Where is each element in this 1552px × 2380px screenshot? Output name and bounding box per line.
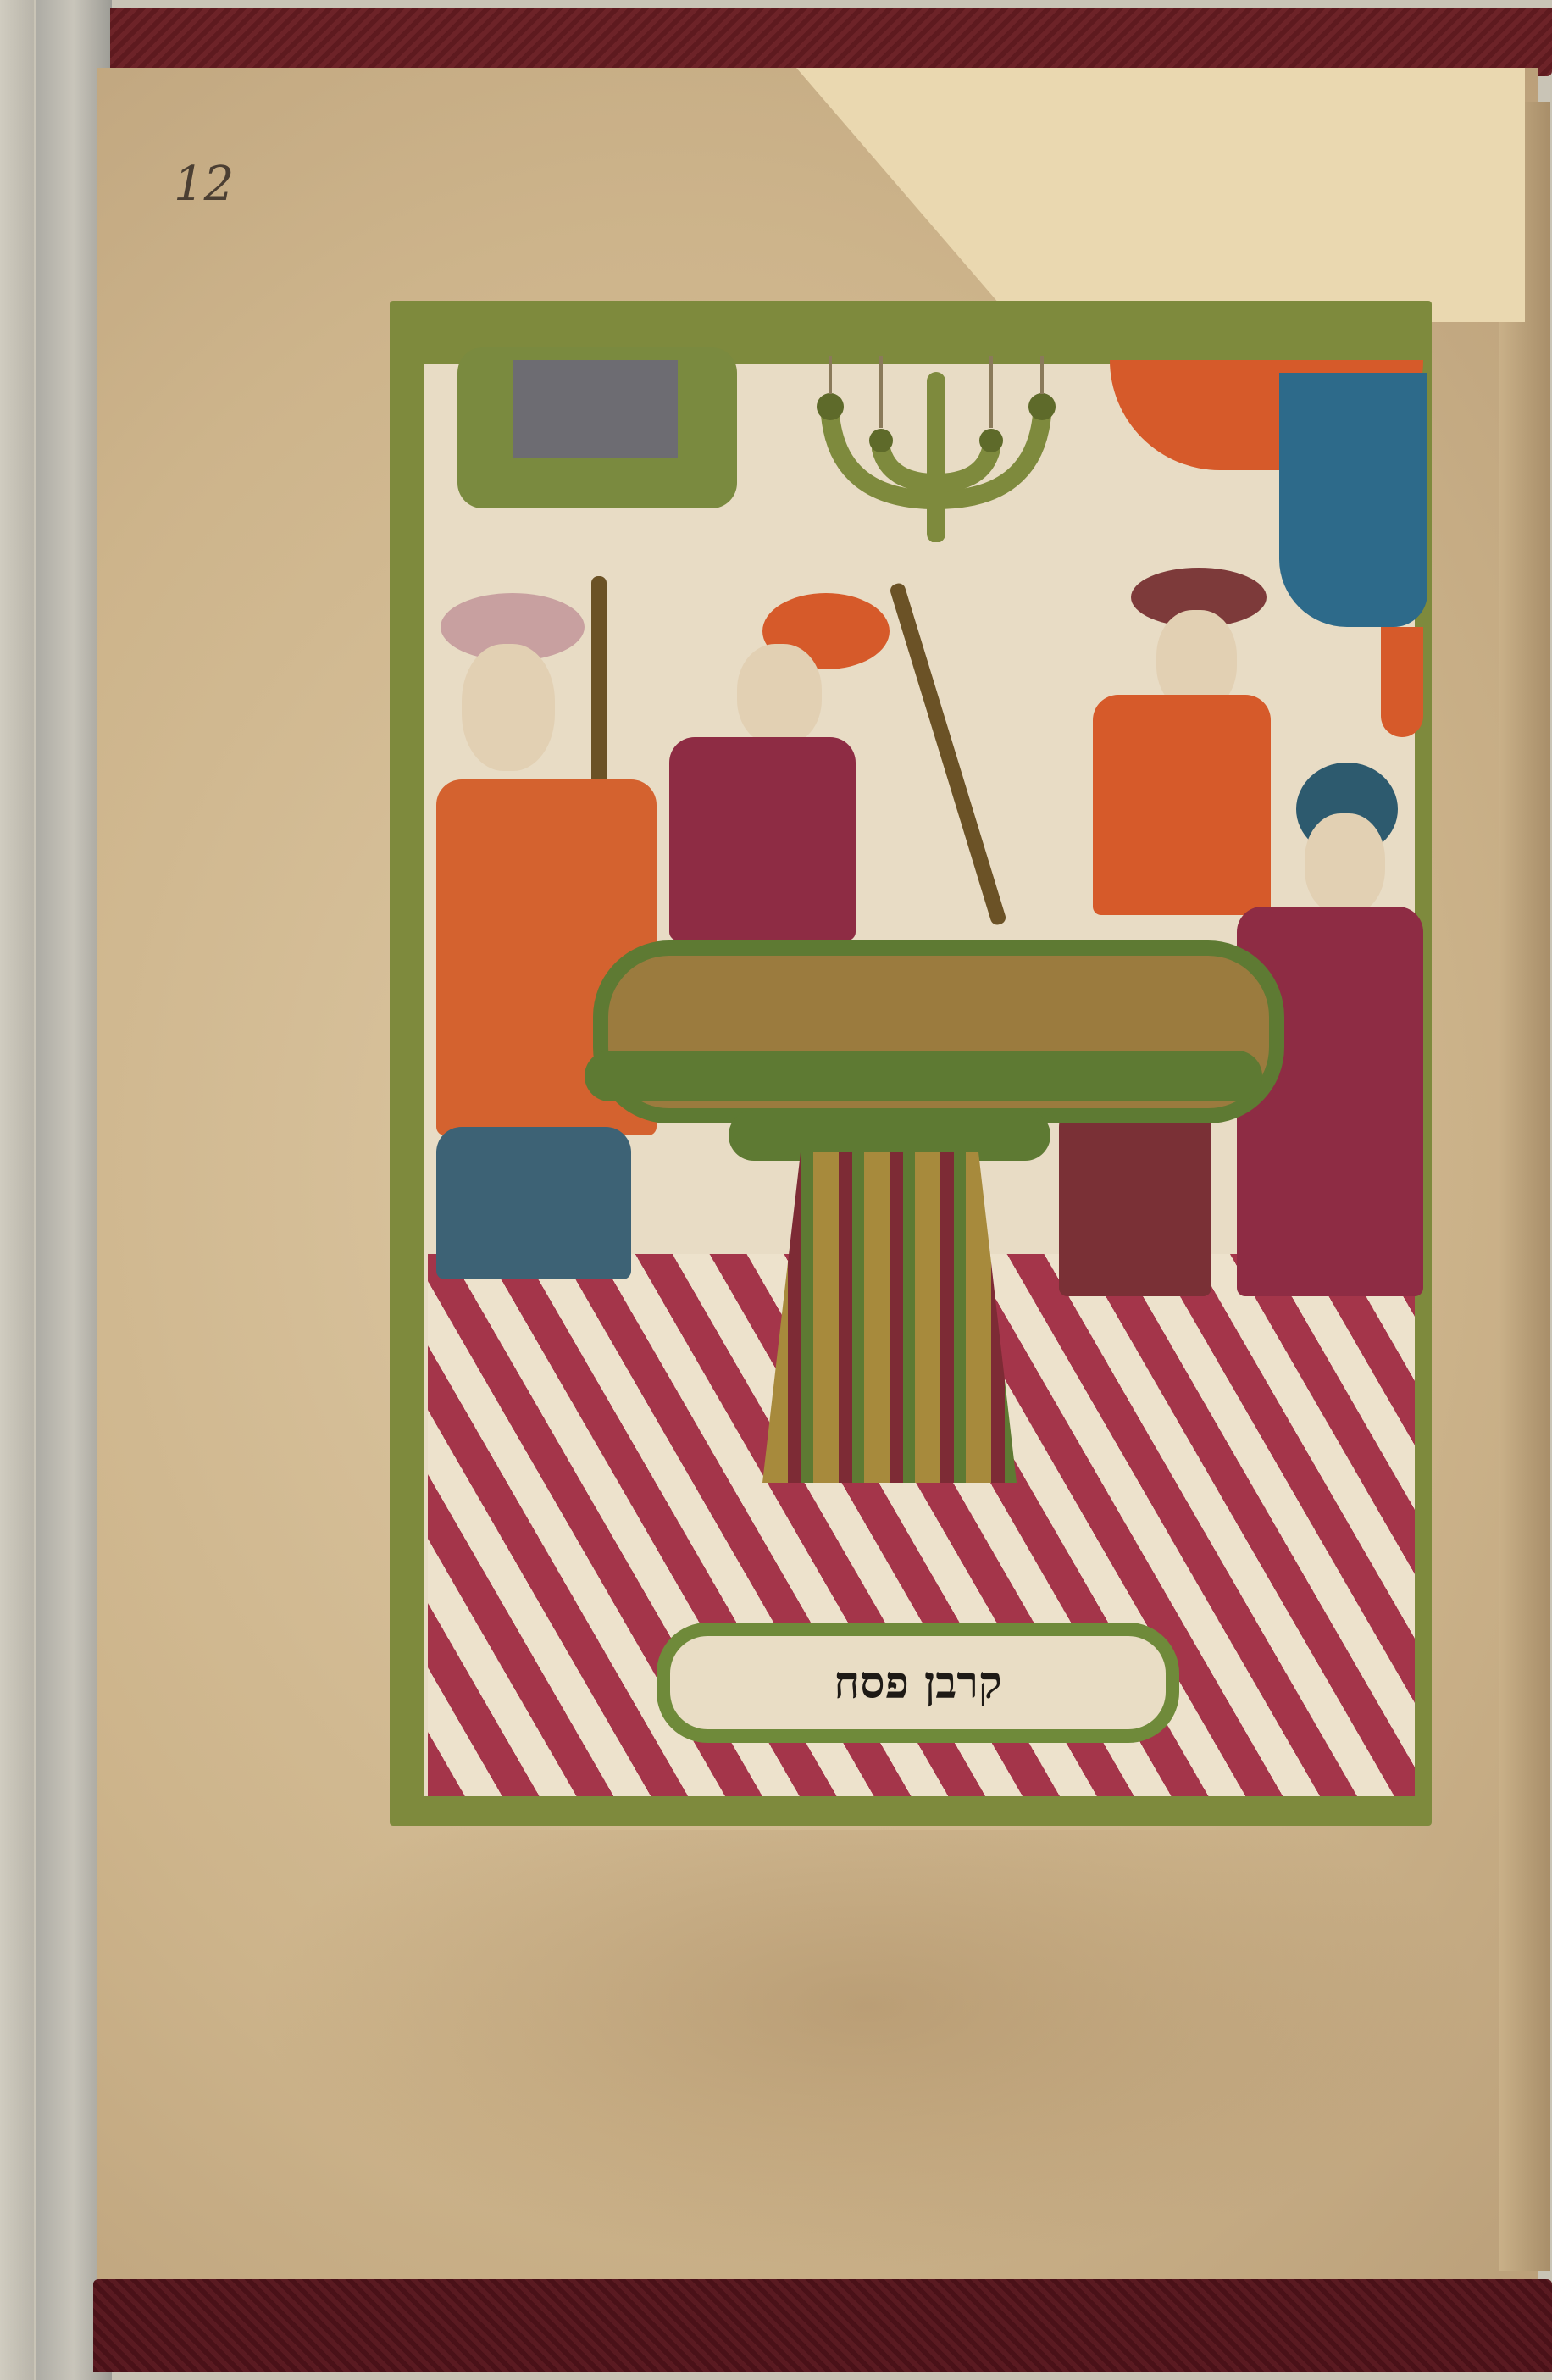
binding-bottom [93, 2279, 1552, 2372]
head [737, 644, 822, 746]
page-fore-edge [1499, 102, 1550, 2271]
tunic [1093, 695, 1271, 915]
paper-stain [254, 1830, 1483, 2271]
binding-top [110, 8, 1552, 76]
caption-cartouche: קרבן פסח [657, 1623, 1179, 1743]
caption-text: קרבן פסח [834, 1657, 1001, 1709]
breeches [436, 1127, 631, 1279]
curtain-drape [1279, 373, 1427, 627]
table-rim [585, 1051, 1262, 1101]
wall-mirror-glass [513, 360, 678, 458]
head [1305, 813, 1385, 915]
chandelier-icon [805, 356, 1067, 542]
curtain-tail [1381, 627, 1423, 737]
background-edge [0, 0, 34, 2380]
folio-number: 12 [174, 157, 234, 212]
head [462, 644, 555, 771]
breeches [1059, 1101, 1211, 1296]
robe [669, 737, 856, 940]
table-pedestal [762, 1152, 1017, 1483]
